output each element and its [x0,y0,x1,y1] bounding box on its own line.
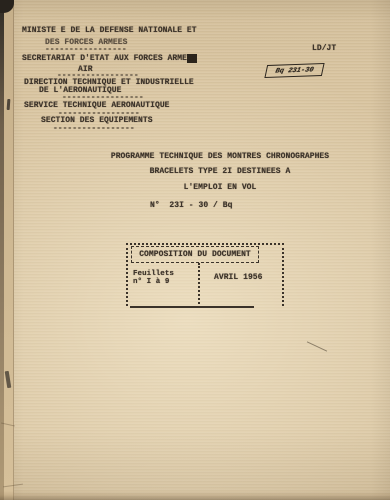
ministry-underline: ----------------- [45,46,127,54]
title-line-1: PROGRAMME TECHNIQUE DES MONTRES CHRONOGR… [110,153,330,161]
secretariat-line: SECRETARIAT D'ETAT AUX FORCES ARMEES [22,55,197,63]
drafter-initials: LD/JT [312,45,336,53]
document-date: AVRIL 1956 [214,274,263,282]
document-page: MINISTE E DE LA DEFENSE NATIONALE ET DES… [0,0,390,500]
feuillets-label: Feuillets [133,270,174,278]
page-bottom-edge-shadow [0,491,390,500]
photo-left-dark-edge [0,0,4,500]
composition-box-divider [198,263,200,304]
reference-stamp: Bq 231-30 [264,63,324,78]
section-underline: ----------------- [53,125,135,133]
secretariat-text: SECRETARIAT D'ETAT AUX FORCES ARME [22,54,187,63]
title-line-2: BRACELETS TYPE 2I DESTINEES A [110,168,330,176]
typewriter-overstrike: ES [187,54,197,63]
title-line-3: L'EMPLOI EN VOL [110,184,330,192]
composition-box-title: COMPOSITION DU DOCUMENT [139,251,251,259]
feuillets-range: n° I à 9 [133,278,169,286]
pencil-scratch-mark [307,341,327,351]
ministry-line-1: MINISTE E DE LA DEFENSE NATIONALE ET [22,27,197,35]
composition-box-bottom-rule [130,306,254,308]
document-number: N° 23I - 30 / Bq [150,202,232,210]
composition-box-header: COMPOSITION DU DOCUMENT [131,246,259,263]
